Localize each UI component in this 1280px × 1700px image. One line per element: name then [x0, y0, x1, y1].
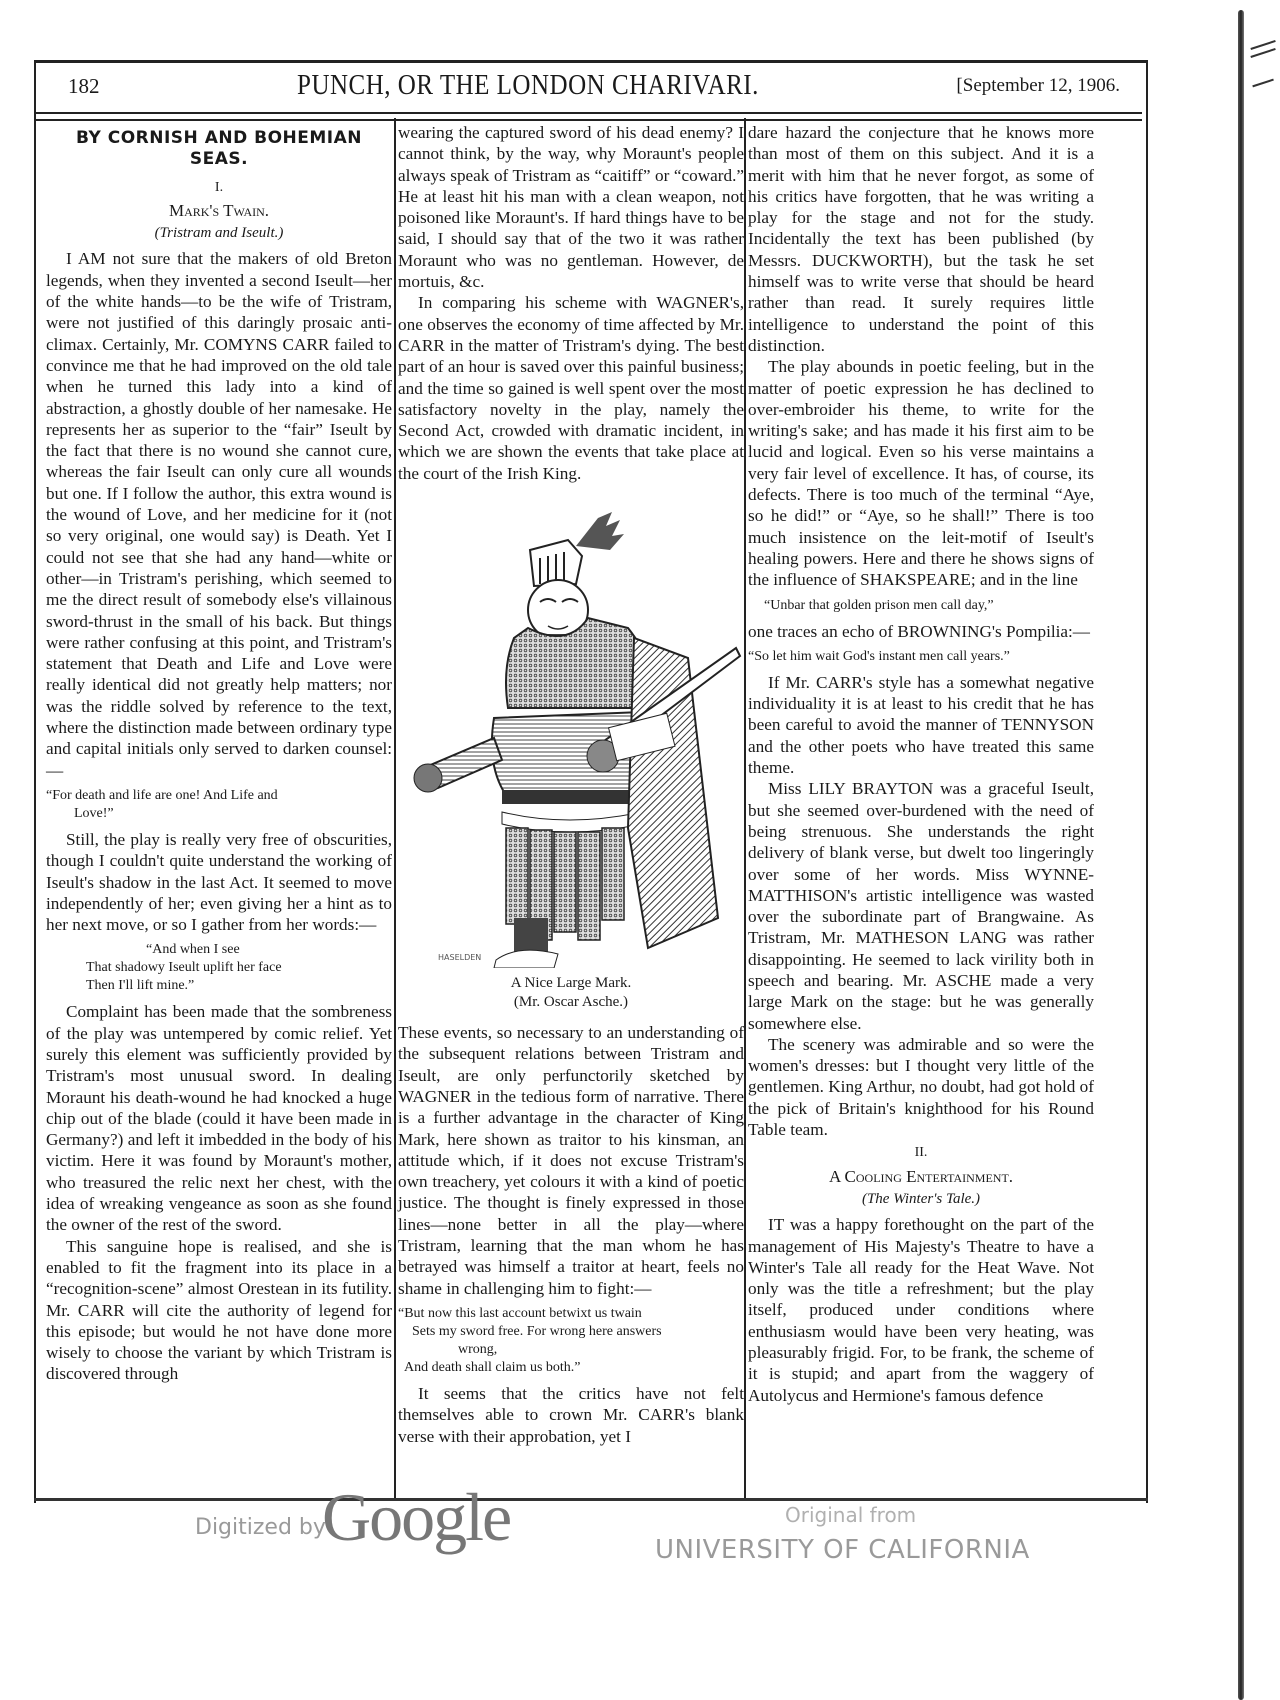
- journal-title: PUNCH, OR THE LONDON CHARIVARI.: [297, 70, 759, 102]
- paragraph: IT was a happy forethought on the part o…: [748, 1214, 1094, 1406]
- paragraph: one traces an echo of BROWNING's Pompili…: [748, 621, 1094, 642]
- binding-mark: [1252, 79, 1273, 87]
- paragraph: Miss LILY BRAYTON was a graceful Iseult,…: [748, 778, 1094, 1034]
- paragraph: In comparing his scheme with WAGNER's, o…: [398, 292, 744, 484]
- caption-title: A Nice Large Mark.: [398, 974, 744, 993]
- column-divider: [394, 118, 396, 1498]
- paragraph: It seems that the critics have not felt …: [398, 1383, 744, 1447]
- google-logo: Google: [322, 1478, 510, 1557]
- verse-line: “For death and life are one! And Life an…: [46, 788, 278, 803]
- column-1: BY CORNISH AND BOHEMIAN SEAS. I. Mark's …: [46, 122, 392, 1385]
- column-divider: [744, 118, 746, 1498]
- section-subtitle: (The Winter's Tale.): [748, 1189, 1094, 1210]
- binding-mark: [1250, 48, 1275, 57]
- issue-date: [September 12, 1906.: [956, 75, 1142, 97]
- paragraph: Still, the play is really very free of o…: [46, 829, 392, 935]
- verse-line: Love!”: [46, 805, 392, 823]
- section-number: II.: [748, 1142, 1094, 1163]
- paragraph: These events, so necessary to an underst…: [398, 1022, 744, 1299]
- paragraph: I AM not sure that the makers of old Bre…: [46, 248, 392, 780]
- verse-line: “But now this last account betwixt us tw…: [398, 1305, 744, 1323]
- page-number: 182: [36, 74, 100, 99]
- verse-line: wrong,: [398, 1341, 744, 1359]
- digitized-by-label: Digitized by: [195, 1515, 326, 1540]
- section-title: A Cooling Entertainment.: [748, 1166, 1094, 1187]
- svg-text:HASELDEN: HASELDEN: [438, 953, 481, 962]
- paragraph: dare hazard the conjecture that he knows…: [748, 122, 1094, 356]
- paragraph: wearing the captured sword of his dead e…: [398, 122, 744, 292]
- paragraph: The play abounds in poetic feeling, but …: [748, 356, 1094, 590]
- illustration-caption: A Nice Large Mark. (Mr. Oscar Asche.): [398, 974, 744, 1012]
- caption-credit: (Mr. Oscar Asche.): [398, 993, 744, 1012]
- paragraph: This sanguine hope is realised, and she …: [46, 1236, 392, 1385]
- verse-line: That shadowy Iseult uplift her face: [86, 959, 392, 977]
- section-number: I.: [46, 177, 392, 198]
- verse-line: Sets my sword free. For wrong here answe…: [398, 1323, 744, 1341]
- footer-rule: [34, 1498, 1148, 1501]
- verse-line: And death shall claim us both.”: [398, 1359, 744, 1377]
- paragraph: If Mr. CARR's style has a somewhat negat…: [748, 672, 1094, 778]
- verse-quote: “Unbar that golden prison men call day,”: [748, 597, 1094, 615]
- cartoon-illustration: HASELDEN: [398, 498, 744, 968]
- verse-quote: “For death and life are one! And Life an…: [46, 787, 392, 823]
- paragraph: Complaint has been made that the sombren…: [46, 1001, 392, 1235]
- institution-label: UNIVERSITY OF CALIFORNIA: [655, 1535, 1030, 1565]
- article-headline: BY CORNISH AND BOHEMIAN SEAS.: [46, 128, 392, 171]
- masthead: 182 PUNCH, OR THE LONDON CHARIVARI. [Sep…: [36, 68, 1142, 104]
- paragraph: The scenery was admirable and so were th…: [748, 1034, 1094, 1140]
- verse-quote: “And when I see That shadowy Iseult upli…: [46, 941, 392, 995]
- page-binding-edge: [1238, 10, 1244, 1700]
- section-title: Mark's Twain.: [46, 200, 392, 221]
- masthead-rule: [36, 112, 1142, 121]
- verse-line: Then I'll lift mine.”: [86, 977, 392, 995]
- column-3: dare hazard the conjecture that he knows…: [748, 122, 1094, 1406]
- verse-quote: “So let him wait God's instant men call …: [748, 648, 1094, 666]
- verse-line: “And when I see: [86, 941, 392, 959]
- original-from-label: Original from: [785, 1503, 916, 1527]
- verse-quote: “But now this last account betwixt us tw…: [398, 1305, 744, 1377]
- column-2: wearing the captured sword of his dead e…: [398, 122, 744, 1447]
- king-mark-drawing: HASELDEN: [398, 498, 744, 968]
- section-subtitle: (Tristram and Iseult.): [46, 223, 392, 244]
